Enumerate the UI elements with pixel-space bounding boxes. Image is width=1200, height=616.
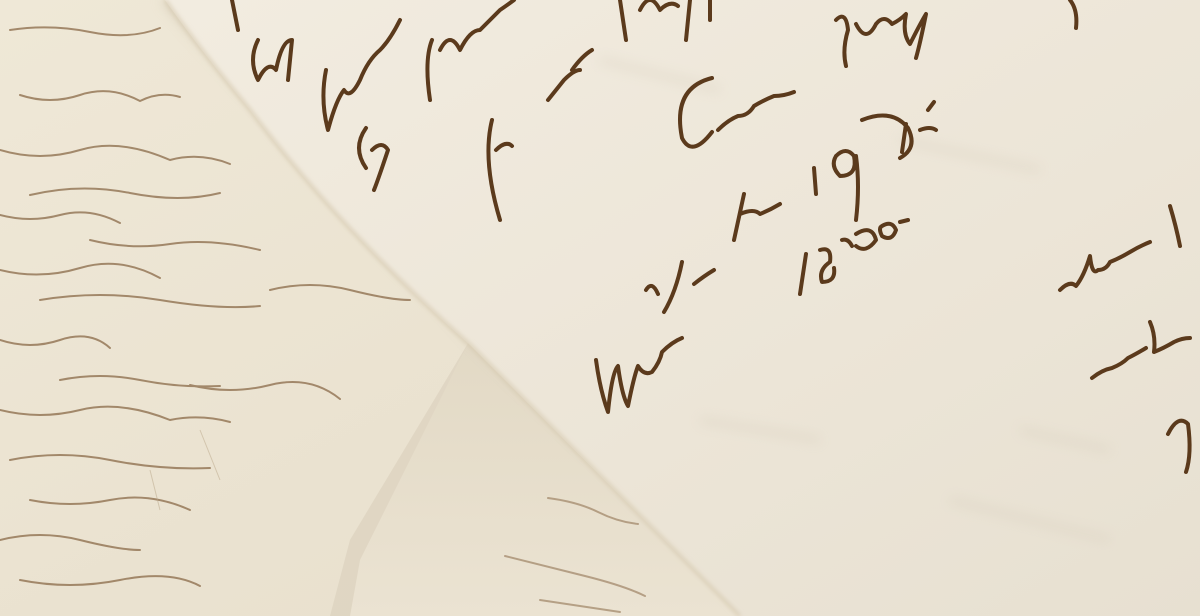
date-year: 1820: [0, 0, 3, 1]
handwritten-date: 19 1820: [0, 0, 3, 1]
letters-illustration: 19 1820: [0, 0, 1200, 616]
photo-handwritten-letters: 19 1820 Close-up photograph of overlappi…: [0, 0, 1200, 616]
